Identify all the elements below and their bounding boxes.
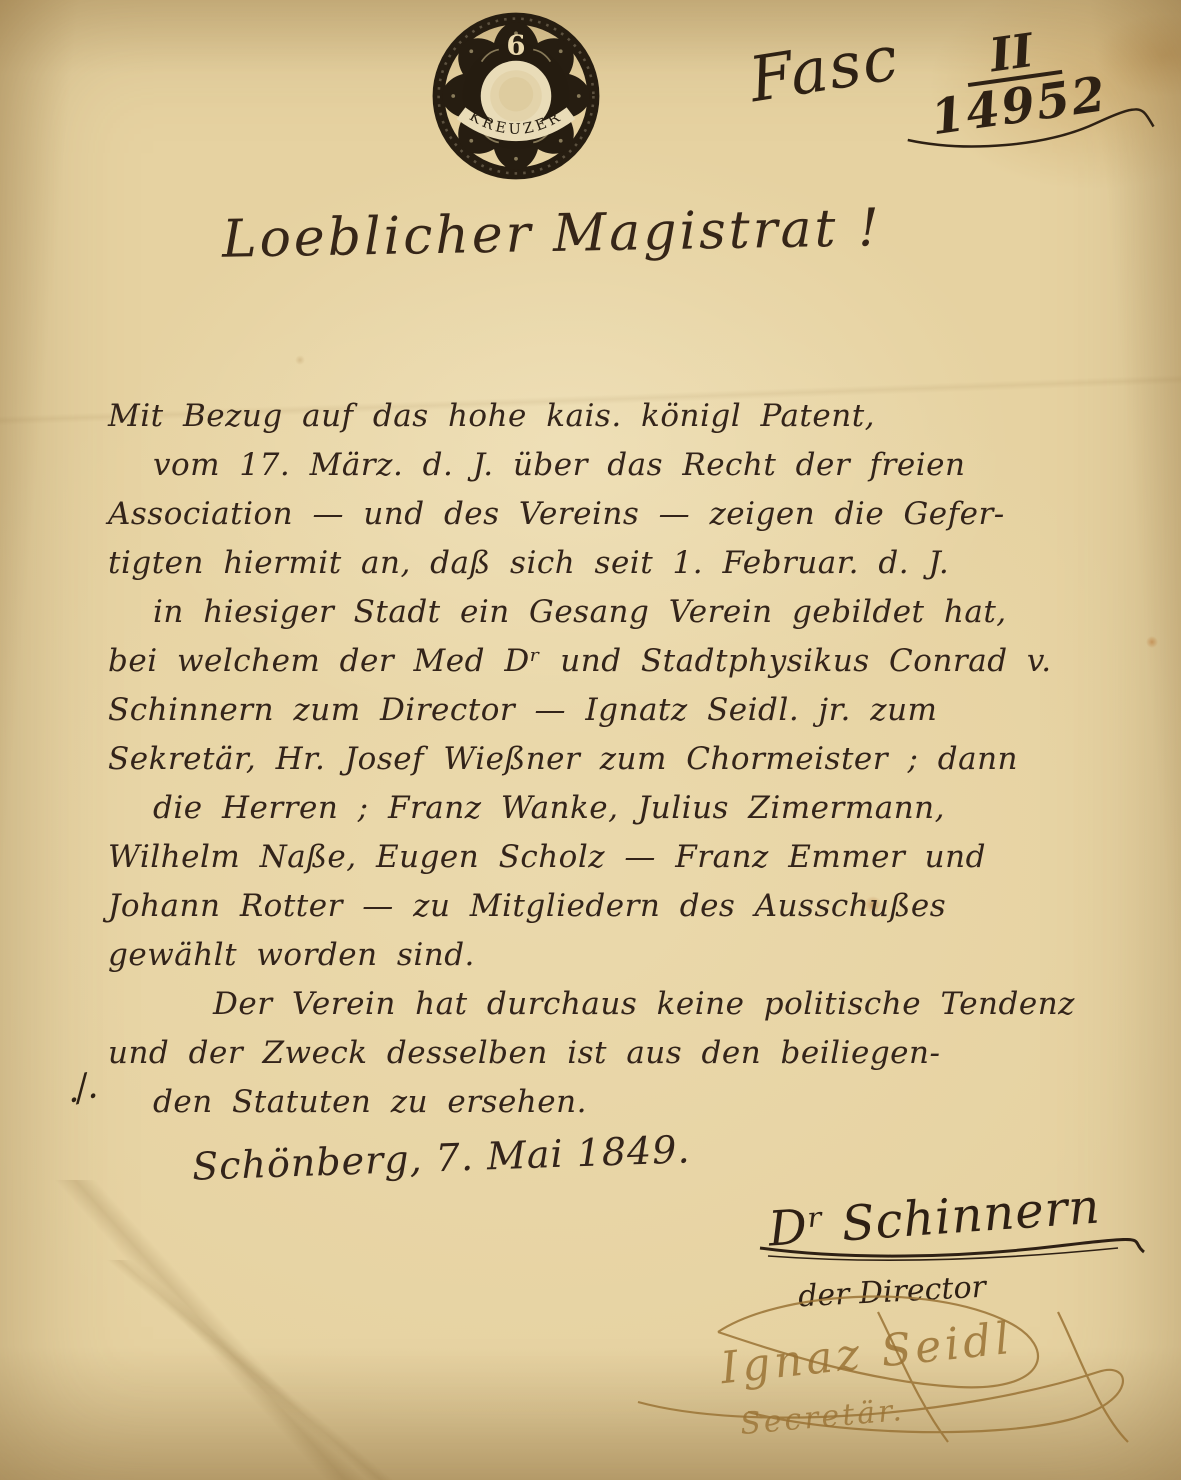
body-line: die Herren ; Franz Wanke, Julius Zimerma… (108, 784, 1158, 833)
paper-crease (0, 1180, 420, 1480)
revenue-stamp: 6 KREUZER (430, 10, 602, 182)
registry-note: Fasc II 14952 (747, 11, 1157, 179)
body-line: Wilhelm Naße, Eugen Scholz — Franz Emmer… (108, 833, 1158, 882)
body-line: den Statuten zu ersehen. (108, 1078, 1158, 1127)
registry-word: Fasc (745, 28, 903, 111)
letter-body: Mit Bezug auf das hohe kais. königl Pate… (108, 392, 1158, 1127)
body-line: Sekretär, Hr. Josef Wießner zum Chormeis… (108, 735, 1158, 784)
body-line: Mit Bezug auf das hohe kais. königl Pate… (108, 392, 1158, 441)
letter-page: 6 KREUZER Fasc II 14952 Loeblicher Magis… (0, 0, 1181, 1480)
stamp-value: 6 (506, 30, 525, 62)
body-line: und der Zweck desselben ist aus den beil… (108, 1029, 1158, 1078)
body-line: Johann Rotter — zu Mitgliedern des Aussc… (108, 882, 1158, 931)
registry-fraction: II 14952 (921, 19, 1110, 145)
dateline: Schönberg, 7. Mai 1849. (191, 1127, 691, 1188)
body-line: Der Verein hat durchaus keine politische… (108, 980, 1158, 1029)
director-signature: Dʳ Schinnern der Director (768, 1188, 1158, 1305)
body-line: Schinnern zum Director — Ignatz Seidl. j… (108, 686, 1158, 735)
secretary-signature-flourish (628, 1292, 1148, 1472)
secretary-signature: Ignaz Seidl Secretär. (628, 1292, 1148, 1472)
body-line: in hiesiger Stadt ein Gesang Verein gebi… (108, 588, 1158, 637)
enclosure-mark-text: ./. (62, 1065, 99, 1111)
body-line: tigten hiermit an, daß sich seit 1. Febr… (108, 539, 1158, 588)
enclosure-mark: ./. (62, 1065, 99, 1111)
embossed-eagle (499, 77, 533, 111)
salutation: Loeblicher Magistrat ! (222, 198, 883, 270)
revenue-stamp-graphic: 6 KREUZER (430, 10, 602, 182)
body-line: vom 17. März. d. J. über das Recht der f… (108, 441, 1158, 490)
body-line: Association — und des Vereins — zeigen d… (108, 490, 1158, 539)
body-line: gewählt worden sind. (108, 931, 1158, 980)
body-line: bei welchem der Med Dʳ und Stadtphysikus… (108, 637, 1158, 686)
paper-crease (60, 1260, 440, 1480)
